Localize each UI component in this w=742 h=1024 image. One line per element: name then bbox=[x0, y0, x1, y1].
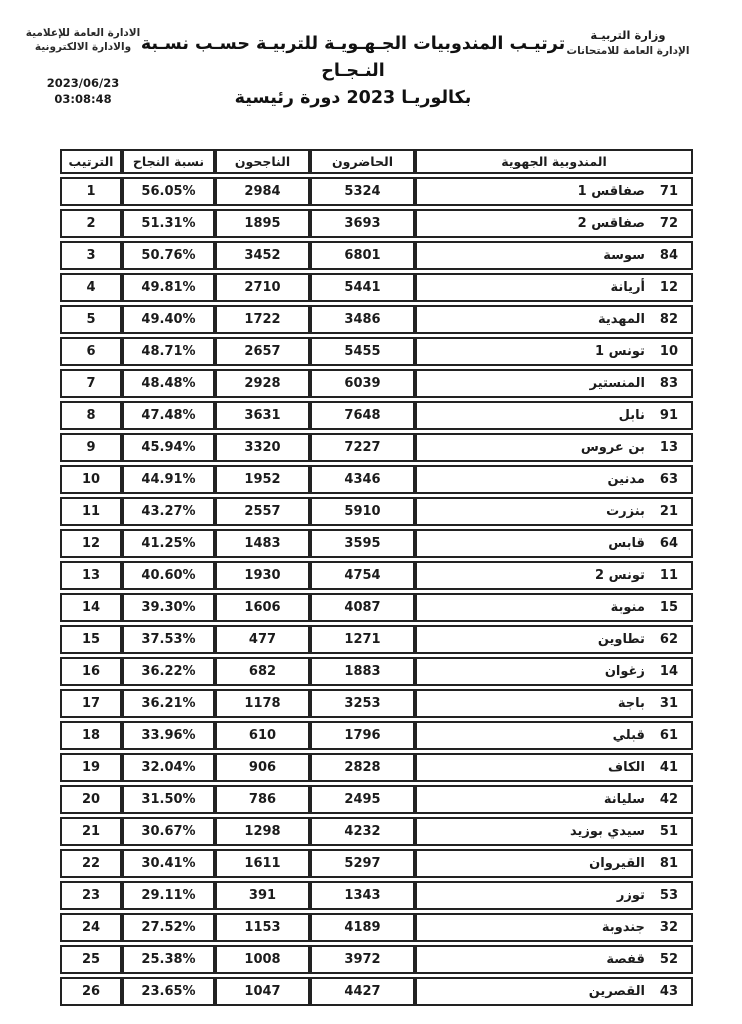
it-directorate-line-1: الادارة العامة للإعلامية bbox=[8, 26, 158, 40]
delegation-cell: 83المنستير bbox=[415, 369, 693, 398]
present-cell: 1343 bbox=[310, 881, 415, 910]
passed-cell: 906 bbox=[215, 753, 310, 782]
table-row: 83المنستير6039292848.48%7 bbox=[60, 369, 693, 398]
delegation-code: 11 bbox=[660, 568, 678, 583]
delegation-cell: 62تطاوين bbox=[415, 625, 693, 654]
delegation-code: 91 bbox=[660, 408, 678, 423]
passed-cell: 391 bbox=[215, 881, 310, 910]
table-row: 32جندوبة4189115327.52%24 bbox=[60, 913, 693, 942]
delegation-name: صفاقس 2 bbox=[578, 216, 645, 231]
rank-cell: 12 bbox=[60, 529, 122, 558]
rank-cell: 16 bbox=[60, 657, 122, 686]
present-cell: 5297 bbox=[310, 849, 415, 878]
rate-cell: 30.41% bbox=[122, 849, 215, 878]
delegation-cell: 81القيروان bbox=[415, 849, 693, 878]
rank-cell: 25 bbox=[60, 945, 122, 974]
passed-cell: 1153 bbox=[215, 913, 310, 942]
report-page: وزارة التربيـة الإدارة العامة للامتحانات… bbox=[0, 0, 742, 1024]
delegation-code: 32 bbox=[660, 920, 678, 935]
rate-cell: 36.22% bbox=[122, 657, 215, 686]
rank-cell: 8 bbox=[60, 401, 122, 430]
delegation-code: 31 bbox=[660, 696, 678, 711]
rank-cell: 17 bbox=[60, 689, 122, 718]
rate-cell: 44.91% bbox=[122, 465, 215, 494]
delegation-name: تونس 1 bbox=[595, 344, 645, 359]
delegation-code: 15 bbox=[660, 600, 678, 615]
delegation-cell: 52قفصة bbox=[415, 945, 693, 974]
delegation-cell: 84سوسة bbox=[415, 241, 693, 270]
delegation-cell: 12أريانة bbox=[415, 273, 693, 302]
delegation-cell: 13بن عروس bbox=[415, 433, 693, 462]
rank-cell: 21 bbox=[60, 817, 122, 846]
table-row: 13بن عروس7227332045.94%9 bbox=[60, 433, 693, 462]
delegation-name: المهدية bbox=[598, 312, 645, 327]
delegation-cell: 10تونس 1 bbox=[415, 337, 693, 366]
table-row: 71صفاقس 15324298456.05%1 bbox=[60, 177, 693, 206]
passed-cell: 2984 bbox=[215, 177, 310, 206]
delegation-name: زغوان bbox=[605, 664, 645, 679]
rate-cell: 48.71% bbox=[122, 337, 215, 366]
present-cell: 4087 bbox=[310, 593, 415, 622]
rate-cell: 23.65% bbox=[122, 977, 215, 1006]
delegation-code: 43 bbox=[660, 984, 678, 999]
delegation-cell: 64قابس bbox=[415, 529, 693, 558]
rate-cell: 36.21% bbox=[122, 689, 215, 718]
table-row: 15منوبة4087160639.30%14 bbox=[60, 593, 693, 622]
passed-cell: 2657 bbox=[215, 337, 310, 366]
delegation-code: 64 bbox=[660, 536, 678, 551]
delegation-name: بن عروس bbox=[581, 440, 645, 455]
rank-cell: 5 bbox=[60, 305, 122, 334]
delegation-name: سيدي بوزيد bbox=[570, 824, 645, 839]
delegation-code: 61 bbox=[660, 728, 678, 743]
delegation-cell: 21بنزرت bbox=[415, 497, 693, 526]
rate-cell: 56.05% bbox=[122, 177, 215, 206]
delegation-code: 51 bbox=[660, 824, 678, 839]
delegation-code: 41 bbox=[660, 760, 678, 775]
passed-cell: 2928 bbox=[215, 369, 310, 398]
delegation-name: منوبة bbox=[611, 600, 645, 615]
delegation-name: نابل bbox=[619, 408, 645, 423]
delegation-cell: 43القصرين bbox=[415, 977, 693, 1006]
present-cell: 3972 bbox=[310, 945, 415, 974]
passed-cell: 2557 bbox=[215, 497, 310, 526]
delegation-cell: 14زغوان bbox=[415, 657, 693, 686]
table-header: المندوبية الجهوية الحاضرون الناجحون نسبة… bbox=[60, 149, 693, 174]
rank-cell: 13 bbox=[60, 561, 122, 590]
passed-cell: 1930 bbox=[215, 561, 310, 590]
delegation-code: 82 bbox=[660, 312, 678, 327]
passed-cell: 1722 bbox=[215, 305, 310, 334]
present-cell: 6039 bbox=[310, 369, 415, 398]
present-cell: 4427 bbox=[310, 977, 415, 1006]
delegation-name: القيروان bbox=[589, 856, 645, 871]
rate-cell: 45.94% bbox=[122, 433, 215, 462]
delegation-cell: 53توزر bbox=[415, 881, 693, 910]
delegation-name: قابس bbox=[608, 536, 645, 551]
delegation-code: 42 bbox=[660, 792, 678, 807]
rate-cell: 32.04% bbox=[122, 753, 215, 782]
rank-cell: 20 bbox=[60, 785, 122, 814]
present-cell: 2495 bbox=[310, 785, 415, 814]
delegation-cell: 31باجة bbox=[415, 689, 693, 718]
delegation-cell: 41الكاف bbox=[415, 753, 693, 782]
passed-cell: 1952 bbox=[215, 465, 310, 494]
delegation-cell: 32جندوبة bbox=[415, 913, 693, 942]
present-cell: 5910 bbox=[310, 497, 415, 526]
rate-cell: 47.48% bbox=[122, 401, 215, 430]
delegation-name: أريانة bbox=[610, 280, 644, 295]
present-cell: 1796 bbox=[310, 721, 415, 750]
table-row: 14زغوان188368236.22%16 bbox=[60, 657, 693, 686]
delegation-cell: 15منوبة bbox=[415, 593, 693, 622]
delegation-code: 13 bbox=[660, 440, 678, 455]
delegation-cell: 51سيدي بوزيد bbox=[415, 817, 693, 846]
table-row: 82المهدية3486172249.40%5 bbox=[60, 305, 693, 334]
title-line-1: ترتيـب المندوبيات الجـهـويـة للتربيـة حس… bbox=[118, 31, 588, 85]
rank-cell: 9 bbox=[60, 433, 122, 462]
print-date: 2023/06/23 bbox=[8, 76, 158, 92]
column-header-delegation: المندوبية الجهوية bbox=[415, 149, 693, 174]
table-row: 31باجة3253117836.21%17 bbox=[60, 689, 693, 718]
delegation-code: 81 bbox=[660, 856, 678, 871]
delegation-code: 21 bbox=[660, 504, 678, 519]
delegation-name: صفاقس 1 bbox=[578, 184, 645, 199]
delegation-cell: 11تونس 2 bbox=[415, 561, 693, 590]
delegation-code: 63 bbox=[660, 472, 678, 487]
present-cell: 4189 bbox=[310, 913, 415, 942]
rate-cell: 25.38% bbox=[122, 945, 215, 974]
table-row: 43القصرين4427104723.65%26 bbox=[60, 977, 693, 1006]
passed-cell: 1008 bbox=[215, 945, 310, 974]
table-body: 71صفاقس 15324298456.05%172صفاقس 23693189… bbox=[60, 177, 693, 1006]
present-cell: 5324 bbox=[310, 177, 415, 206]
present-cell: 5455 bbox=[310, 337, 415, 366]
rank-cell: 10 bbox=[60, 465, 122, 494]
delegation-code: 14 bbox=[660, 664, 678, 679]
passed-cell: 1047 bbox=[215, 977, 310, 1006]
column-header-present: الحاضرون bbox=[310, 149, 415, 174]
rank-cell: 11 bbox=[60, 497, 122, 526]
passed-cell: 1178 bbox=[215, 689, 310, 718]
rank-cell: 24 bbox=[60, 913, 122, 942]
table-row: 72صفاقس 23693189551.31%2 bbox=[60, 209, 693, 238]
present-cell: 5441 bbox=[310, 273, 415, 302]
column-header-passed: الناجحون bbox=[215, 149, 310, 174]
table-row: 41الكاف282890632.04%19 bbox=[60, 753, 693, 782]
delegation-name: مدنين bbox=[607, 472, 644, 487]
present-cell: 7648 bbox=[310, 401, 415, 430]
present-cell: 1271 bbox=[310, 625, 415, 654]
delegation-cell: 42سليانة bbox=[415, 785, 693, 814]
delegation-code: 53 bbox=[660, 888, 678, 903]
table-row: 52قفصة3972100825.38%25 bbox=[60, 945, 693, 974]
present-cell: 3253 bbox=[310, 689, 415, 718]
delegation-name: سوسة bbox=[603, 248, 645, 263]
rate-cell: 37.53% bbox=[122, 625, 215, 654]
present-cell: 3486 bbox=[310, 305, 415, 334]
present-cell: 4346 bbox=[310, 465, 415, 494]
passed-cell: 1483 bbox=[215, 529, 310, 558]
page-title: ترتيـب المندوبيات الجـهـويـة للتربيـة حس… bbox=[118, 31, 588, 112]
rank-cell: 26 bbox=[60, 977, 122, 1006]
delegation-name: جندوبة bbox=[602, 920, 645, 935]
rate-cell: 48.48% bbox=[122, 369, 215, 398]
rank-cell: 14 bbox=[60, 593, 122, 622]
delegation-name: الكاف bbox=[608, 760, 645, 775]
delegation-name: باجة bbox=[618, 696, 645, 711]
rank-cell: 2 bbox=[60, 209, 122, 238]
passed-cell: 786 bbox=[215, 785, 310, 814]
rate-cell: 49.81% bbox=[122, 273, 215, 302]
results-table: المندوبية الجهوية الحاضرون الناجحون نسبة… bbox=[60, 146, 693, 1009]
rank-cell: 3 bbox=[60, 241, 122, 270]
rank-cell: 19 bbox=[60, 753, 122, 782]
delegation-code: 10 bbox=[660, 344, 678, 359]
present-cell: 3693 bbox=[310, 209, 415, 238]
rate-cell: 31.50% bbox=[122, 785, 215, 814]
table-row: 81القيروان5297161130.41%22 bbox=[60, 849, 693, 878]
passed-cell: 1895 bbox=[215, 209, 310, 238]
present-cell: 4232 bbox=[310, 817, 415, 846]
present-cell: 4754 bbox=[310, 561, 415, 590]
rate-cell: 29.11% bbox=[122, 881, 215, 910]
delegation-code: 71 bbox=[660, 184, 678, 199]
passed-cell: 3320 bbox=[215, 433, 310, 462]
table-row: 51سيدي بوزيد4232129830.67%21 bbox=[60, 817, 693, 846]
delegation-name: تطاوين bbox=[598, 632, 645, 647]
delegation-name: المنستير bbox=[590, 376, 645, 391]
table-row: 84سوسة6801345250.76%3 bbox=[60, 241, 693, 270]
it-directorate-line-2: والادارة الالكترونية bbox=[8, 40, 158, 54]
delegation-code: 83 bbox=[660, 376, 678, 391]
rank-cell: 6 bbox=[60, 337, 122, 366]
table-row: 10تونس 15455265748.71%6 bbox=[60, 337, 693, 366]
present-cell: 2828 bbox=[310, 753, 415, 782]
present-cell: 6801 bbox=[310, 241, 415, 270]
delegation-cell: 82المهدية bbox=[415, 305, 693, 334]
present-cell: 7227 bbox=[310, 433, 415, 462]
table-row: 63مدنين4346195244.91%10 bbox=[60, 465, 693, 494]
delegation-name: قبلي bbox=[613, 728, 645, 743]
rate-cell: 30.67% bbox=[122, 817, 215, 846]
rank-cell: 1 bbox=[60, 177, 122, 206]
present-cell: 3595 bbox=[310, 529, 415, 558]
rate-cell: 51.31% bbox=[122, 209, 215, 238]
column-header-rate: نسبة النجاح bbox=[122, 149, 215, 174]
rank-cell: 18 bbox=[60, 721, 122, 750]
delegation-name: توزر bbox=[617, 888, 645, 903]
passed-cell: 610 bbox=[215, 721, 310, 750]
rank-cell: 15 bbox=[60, 625, 122, 654]
passed-cell: 682 bbox=[215, 657, 310, 686]
delegation-code: 12 bbox=[660, 280, 678, 295]
column-header-rank: الترتيب bbox=[60, 149, 122, 174]
delegation-cell: 91نابل bbox=[415, 401, 693, 430]
delegation-code: 62 bbox=[660, 632, 678, 647]
passed-cell: 2710 bbox=[215, 273, 310, 302]
delegation-cell: 61قبلي bbox=[415, 721, 693, 750]
delegation-name: بنزرت bbox=[606, 504, 645, 519]
rate-cell: 49.40% bbox=[122, 305, 215, 334]
passed-cell: 477 bbox=[215, 625, 310, 654]
table-row: 53توزر134339129.11%23 bbox=[60, 881, 693, 910]
rank-cell: 22 bbox=[60, 849, 122, 878]
rate-cell: 27.52% bbox=[122, 913, 215, 942]
table-row: 42سليانة249578631.50%20 bbox=[60, 785, 693, 814]
delegation-cell: 71صفاقس 1 bbox=[415, 177, 693, 206]
rate-cell: 40.60% bbox=[122, 561, 215, 590]
rate-cell: 41.25% bbox=[122, 529, 215, 558]
delegation-code: 84 bbox=[660, 248, 678, 263]
rank-cell: 23 bbox=[60, 881, 122, 910]
it-directorate-block: الادارة العامة للإعلامية والادارة الالكت… bbox=[8, 26, 158, 107]
delegation-cell: 63مدنين bbox=[415, 465, 693, 494]
title-line-2: بكالوريـا 2023 دورة رئيسية bbox=[118, 85, 588, 112]
delegation-code: 52 bbox=[660, 952, 678, 967]
rate-cell: 39.30% bbox=[122, 593, 215, 622]
passed-cell: 1298 bbox=[215, 817, 310, 846]
present-cell: 1883 bbox=[310, 657, 415, 686]
delegation-cell: 72صفاقس 2 bbox=[415, 209, 693, 238]
passed-cell: 1611 bbox=[215, 849, 310, 878]
delegation-name: سليانة bbox=[604, 792, 645, 807]
rate-cell: 43.27% bbox=[122, 497, 215, 526]
rate-cell: 50.76% bbox=[122, 241, 215, 270]
passed-cell: 3452 bbox=[215, 241, 310, 270]
table-row: 91نابل7648363147.48%8 bbox=[60, 401, 693, 430]
table-row: 11تونس 24754193040.60%13 bbox=[60, 561, 693, 590]
rank-cell: 4 bbox=[60, 273, 122, 302]
delegation-name: قفصة bbox=[606, 952, 645, 967]
delegation-code: 72 bbox=[660, 216, 678, 231]
table-row: 62تطاوين127147737.53%15 bbox=[60, 625, 693, 654]
header-row: المندوبية الجهوية الحاضرون الناجحون نسبة… bbox=[60, 149, 693, 174]
passed-cell: 1606 bbox=[215, 593, 310, 622]
table-row: 64قابس3595148341.25%12 bbox=[60, 529, 693, 558]
rate-cell: 33.96% bbox=[122, 721, 215, 750]
passed-cell: 3631 bbox=[215, 401, 310, 430]
delegation-name: القصرين bbox=[589, 984, 645, 999]
table-row: 12أريانة5441271049.81%4 bbox=[60, 273, 693, 302]
print-time: 03:08:48 bbox=[8, 92, 158, 108]
rank-cell: 7 bbox=[60, 369, 122, 398]
table-row: 61قبلي179661033.96%18 bbox=[60, 721, 693, 750]
table-row: 21بنزرت5910255743.27%11 bbox=[60, 497, 693, 526]
delegation-name: تونس 2 bbox=[595, 568, 645, 583]
